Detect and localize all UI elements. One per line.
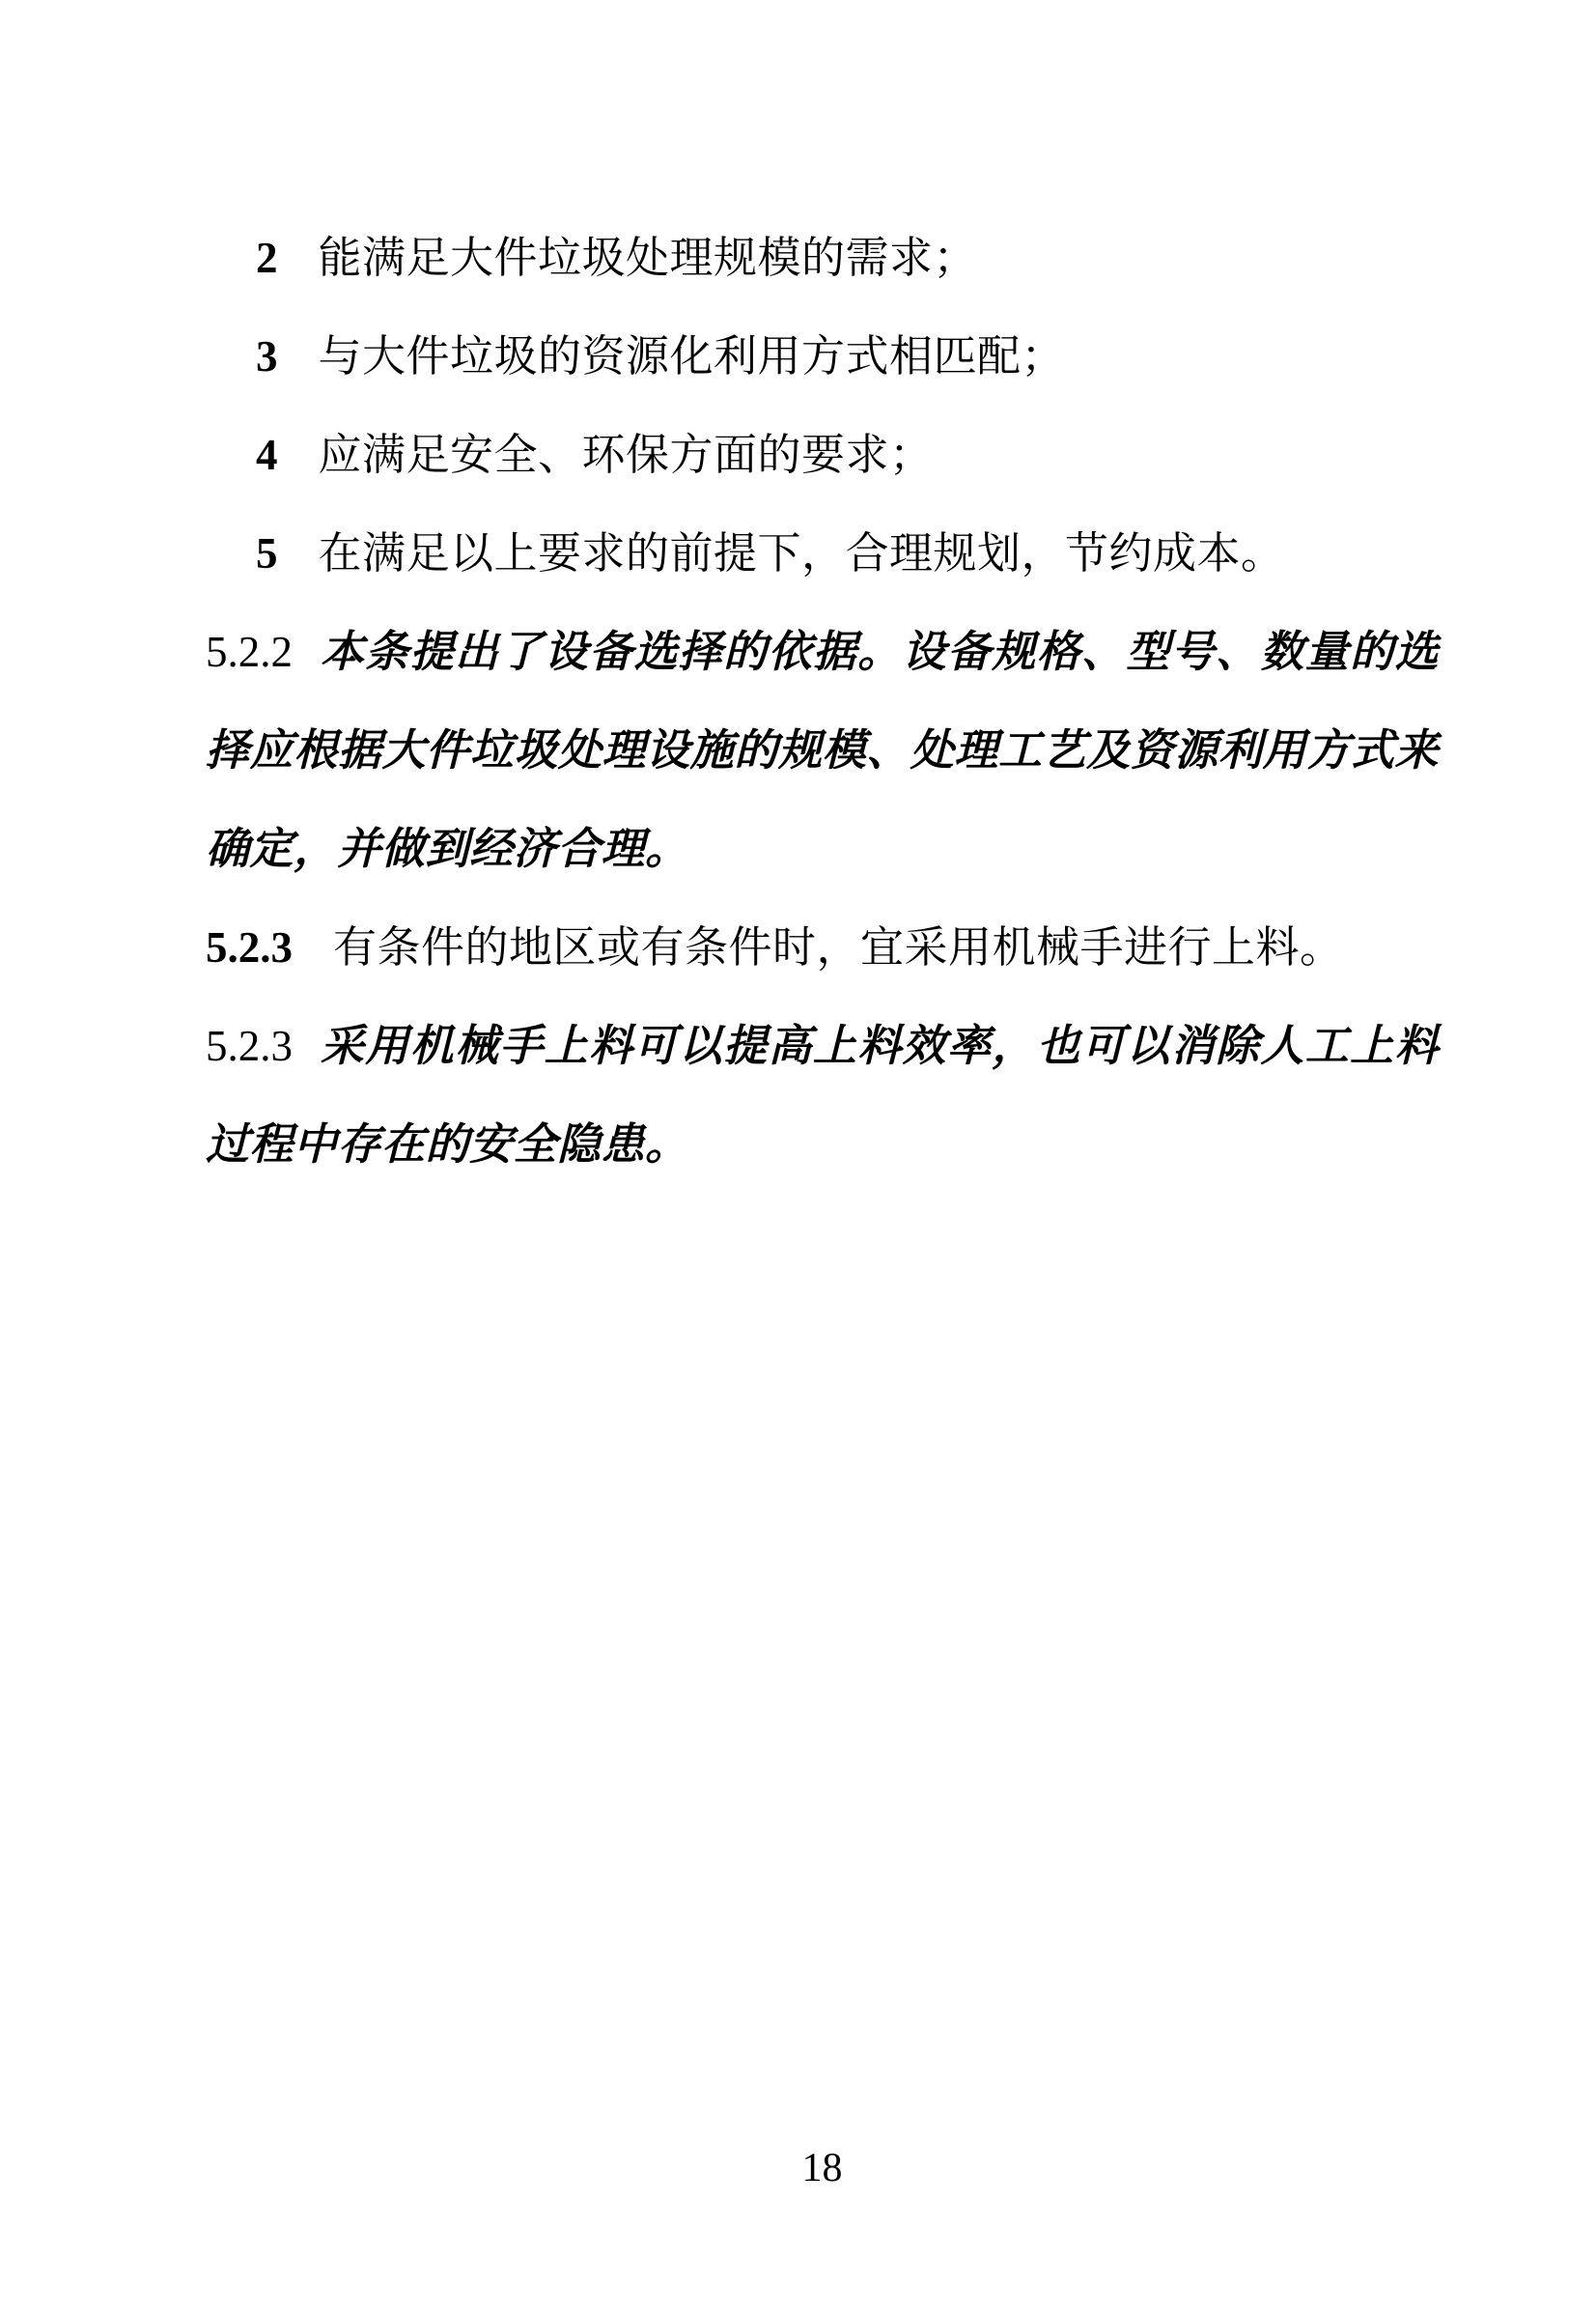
clause-note-number: 5.2.3 [206,1022,293,1070]
item-text: 能满足大件垃圾处理规模的需求； [319,234,978,282]
clause-note-text: 择应根据大件垃圾处理设施的规模、处理工艺及资源利用方式来 [206,726,1439,775]
clause-note-5-2-2-line-2: 择应根据大件垃圾处理设施的规模、处理工艺及资源利用方式来 [206,701,1439,800]
clause-note-text: 确定，并做到经济合理。 [206,825,689,873]
clause-note-number: 5.2.2 [206,628,293,676]
clause-note-5-2-2-line-3: 确定，并做到经济合理。 [206,800,1439,898]
item-number: 5 [256,529,278,578]
item-text: 应满足安全、环保方面的要求； [319,431,934,479]
item-number: 4 [256,431,278,479]
clause-note-text: 过程中存在的安全隐患。 [206,1120,689,1169]
list-item-3: 3与大件垃圾的资源化利用方式相匹配； [206,307,1439,406]
page-number: 18 [206,2144,1439,2192]
clause-5-2-3: 5.2.3有条件的地区或有条件时，宜采用机械手进行上料。 [206,898,1439,997]
item-number: 3 [256,332,278,381]
list-item-2: 2能满足大件垃圾处理规模的需求； [206,209,1439,307]
clause-note-5-2-3-line-1: 5.2.3采用机械手上料可以提高上料效率，也可以消除人工上料 [206,997,1439,1095]
document-page: 2能满足大件垃圾处理规模的需求； 3与大件垃圾的资源化利用方式相匹配； 4应满足… [0,0,1596,2316]
item-text: 与大件垃圾的资源化利用方式相匹配； [319,332,1066,381]
clause-note-text: 本条提出了设备选择的依据。设备规格、型号、数量的选 [320,628,1439,676]
item-number: 2 [256,234,278,282]
list-item-5: 5在满足以上要求的前提下，合理规划，节约成本。 [206,504,1439,603]
clause-text: 有条件的地区或有条件时，宜采用机械手进行上料。 [333,923,1344,972]
clause-note-text: 采用机械手上料可以提高上料效率，也可以消除人工上料 [320,1022,1439,1070]
clause-note-5-2-3-line-2: 过程中存在的安全隐患。 [206,1095,1439,1194]
item-text: 在满足以上要求的前提下，合理规划，节约成本。 [319,529,1285,578]
clause-number: 5.2.3 [206,923,293,972]
page-content: 2能满足大件垃圾处理规模的需求； 3与大件垃圾的资源化利用方式相匹配； 4应满足… [206,209,1439,1194]
list-item-4: 4应满足安全、环保方面的要求； [206,406,1439,504]
clause-note-5-2-2-line-1: 5.2.2本条提出了设备选择的依据。设备规格、型号、数量的选 [206,603,1439,701]
